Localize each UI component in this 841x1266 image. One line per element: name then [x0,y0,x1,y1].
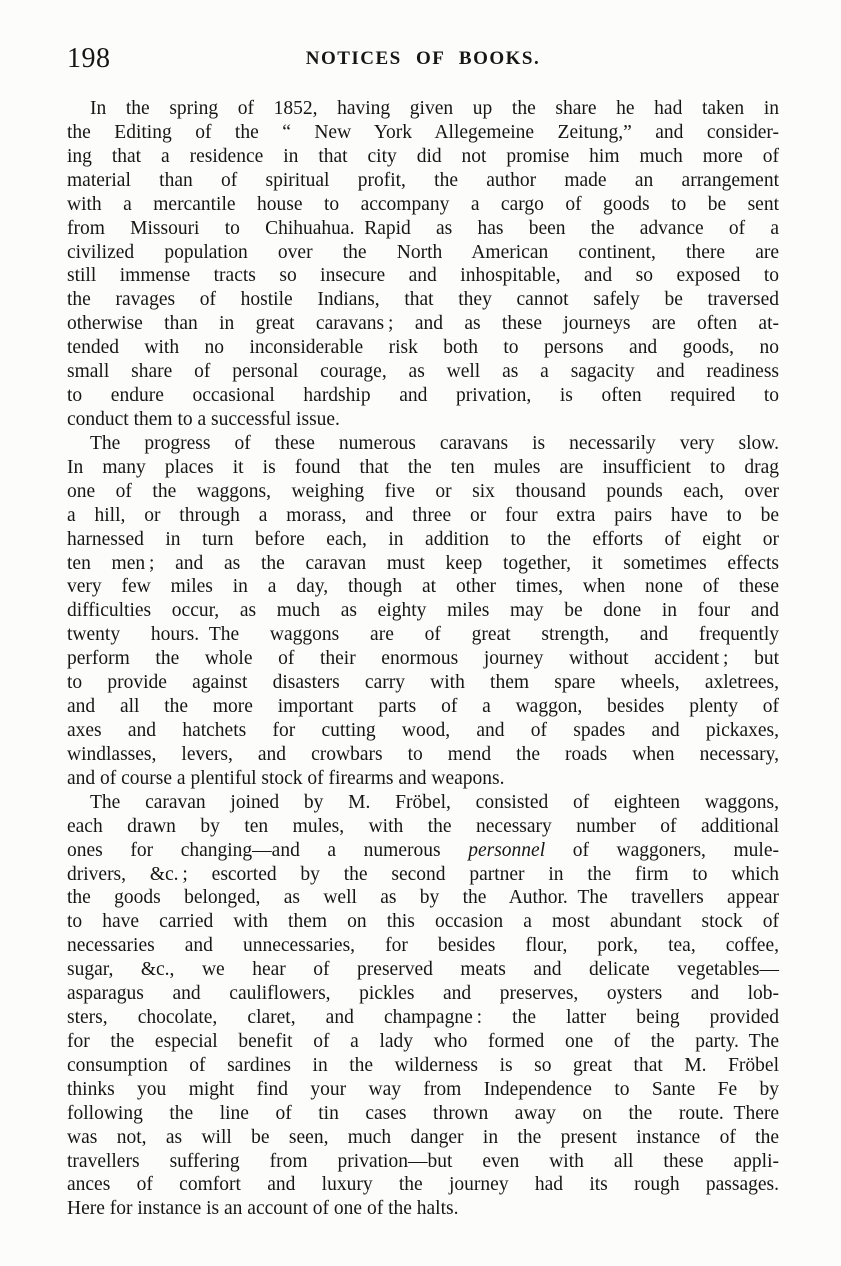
text-line: tended with no inconsiderable risk both … [67,336,779,360]
text-line: following the line of tin cases thrown a… [67,1102,779,1126]
paragraph: In the spring of 1852, having given up t… [67,97,779,432]
paragraph: The progress of these numerous caravans … [67,432,779,791]
text-line: civilized population over the North Amer… [67,241,779,265]
text-line: In many places it is found that the ten … [67,456,779,480]
text-line: to have carried with them on this occasi… [67,910,779,934]
text-line: the Editing of the “ New York Allegemein… [67,121,779,145]
book-page: 198 NOTICES OF BOOKS. In the spring of 1… [0,0,841,1266]
text-line: and all the more important parts of a wa… [67,695,779,719]
text-line: otherwise than in great caravans ; and a… [67,312,779,336]
page-header: 198 NOTICES OF BOOKS. [67,46,779,72]
text-line: sters, chocolate, claret, and champagne … [67,1006,779,1030]
text-line: a hill, or through a morass, and three o… [67,504,779,528]
text-line: ten men ; and as the caravan must keep t… [67,552,779,576]
text-line: The caravan joined by M. Fröbel, consist… [67,791,779,815]
text-line: the ravages of hostile Indians, that the… [67,288,779,312]
text-line: The progress of these numerous caravans … [67,432,779,456]
text-line: to endure occasional hardship and privat… [67,384,779,408]
text-line: harnessed in turn before each, in additi… [67,528,779,552]
text-line: very few miles in a day, though at other… [67,575,779,599]
text-line: windlasses, levers, and crowbars to mend… [67,743,779,767]
text-line: twenty hours. The waggons are of great s… [67,623,779,647]
text-line: consumption of sardines in the wildernes… [67,1054,779,1078]
text-line: axes and hatchets for cutting wood, and … [67,719,779,743]
text-line: each drawn by ten mules, with the necess… [67,815,779,839]
running-header: NOTICES OF BOOKS. [67,46,779,72]
text-line: one of the waggons, weighing five or six… [67,480,779,504]
paragraph: The caravan joined by M. Fröbel, consist… [67,791,779,1222]
text-line: with a mercantile house to accompany a c… [67,193,779,217]
text-line: thinks you might find your way from Inde… [67,1078,779,1102]
text-line: asparagus and cauliflowers, pickles and … [67,982,779,1006]
text-line: necessaries and unnecessaries, for besid… [67,934,779,958]
text-line: material than of spiritual profit, the a… [67,169,779,193]
text-line: drivers, &c. ; escorted by the second pa… [67,863,779,887]
text-line: conduct them to a successful issue. [67,408,779,432]
text-line: still immense tracts so insecure and inh… [67,264,779,288]
text-line: difficulties occur, as much as eighty mi… [67,599,779,623]
body-text: In the spring of 1852, having given up t… [67,97,779,1221]
text-line: and of course a plentiful stock of firea… [67,767,779,791]
text-line: ing that a residence in that city did no… [67,145,779,169]
text-line: from Missouri to Chihuahua. Rapid as has… [67,217,779,241]
text-line: In the spring of 1852, having given up t… [67,97,779,121]
text-line: for the especial benefit of a lady who f… [67,1030,779,1054]
text-line: sugar, &c., we hear of preserved meats a… [67,958,779,982]
text-line: Here for instance is an account of one o… [67,1197,779,1221]
text-line: ances of comfort and luxury the journey … [67,1173,779,1197]
text-line: perform the whole of their enormous jour… [67,647,779,671]
text-line: travellers suffering from privation—but … [67,1150,779,1174]
text-line: ones for changing—and a numerous personn… [67,839,779,863]
page-number: 198 [67,46,111,72]
text-line: small share of personal courage, as well… [67,360,779,384]
text-line: the goods belonged, as well as by the Au… [67,886,779,910]
text-block: 198 NOTICES OF BOOKS. In the spring of 1… [67,0,779,1221]
text-line: to provide against disasters carry with … [67,671,779,695]
text-line: was not, as will be seen, much danger in… [67,1126,779,1150]
